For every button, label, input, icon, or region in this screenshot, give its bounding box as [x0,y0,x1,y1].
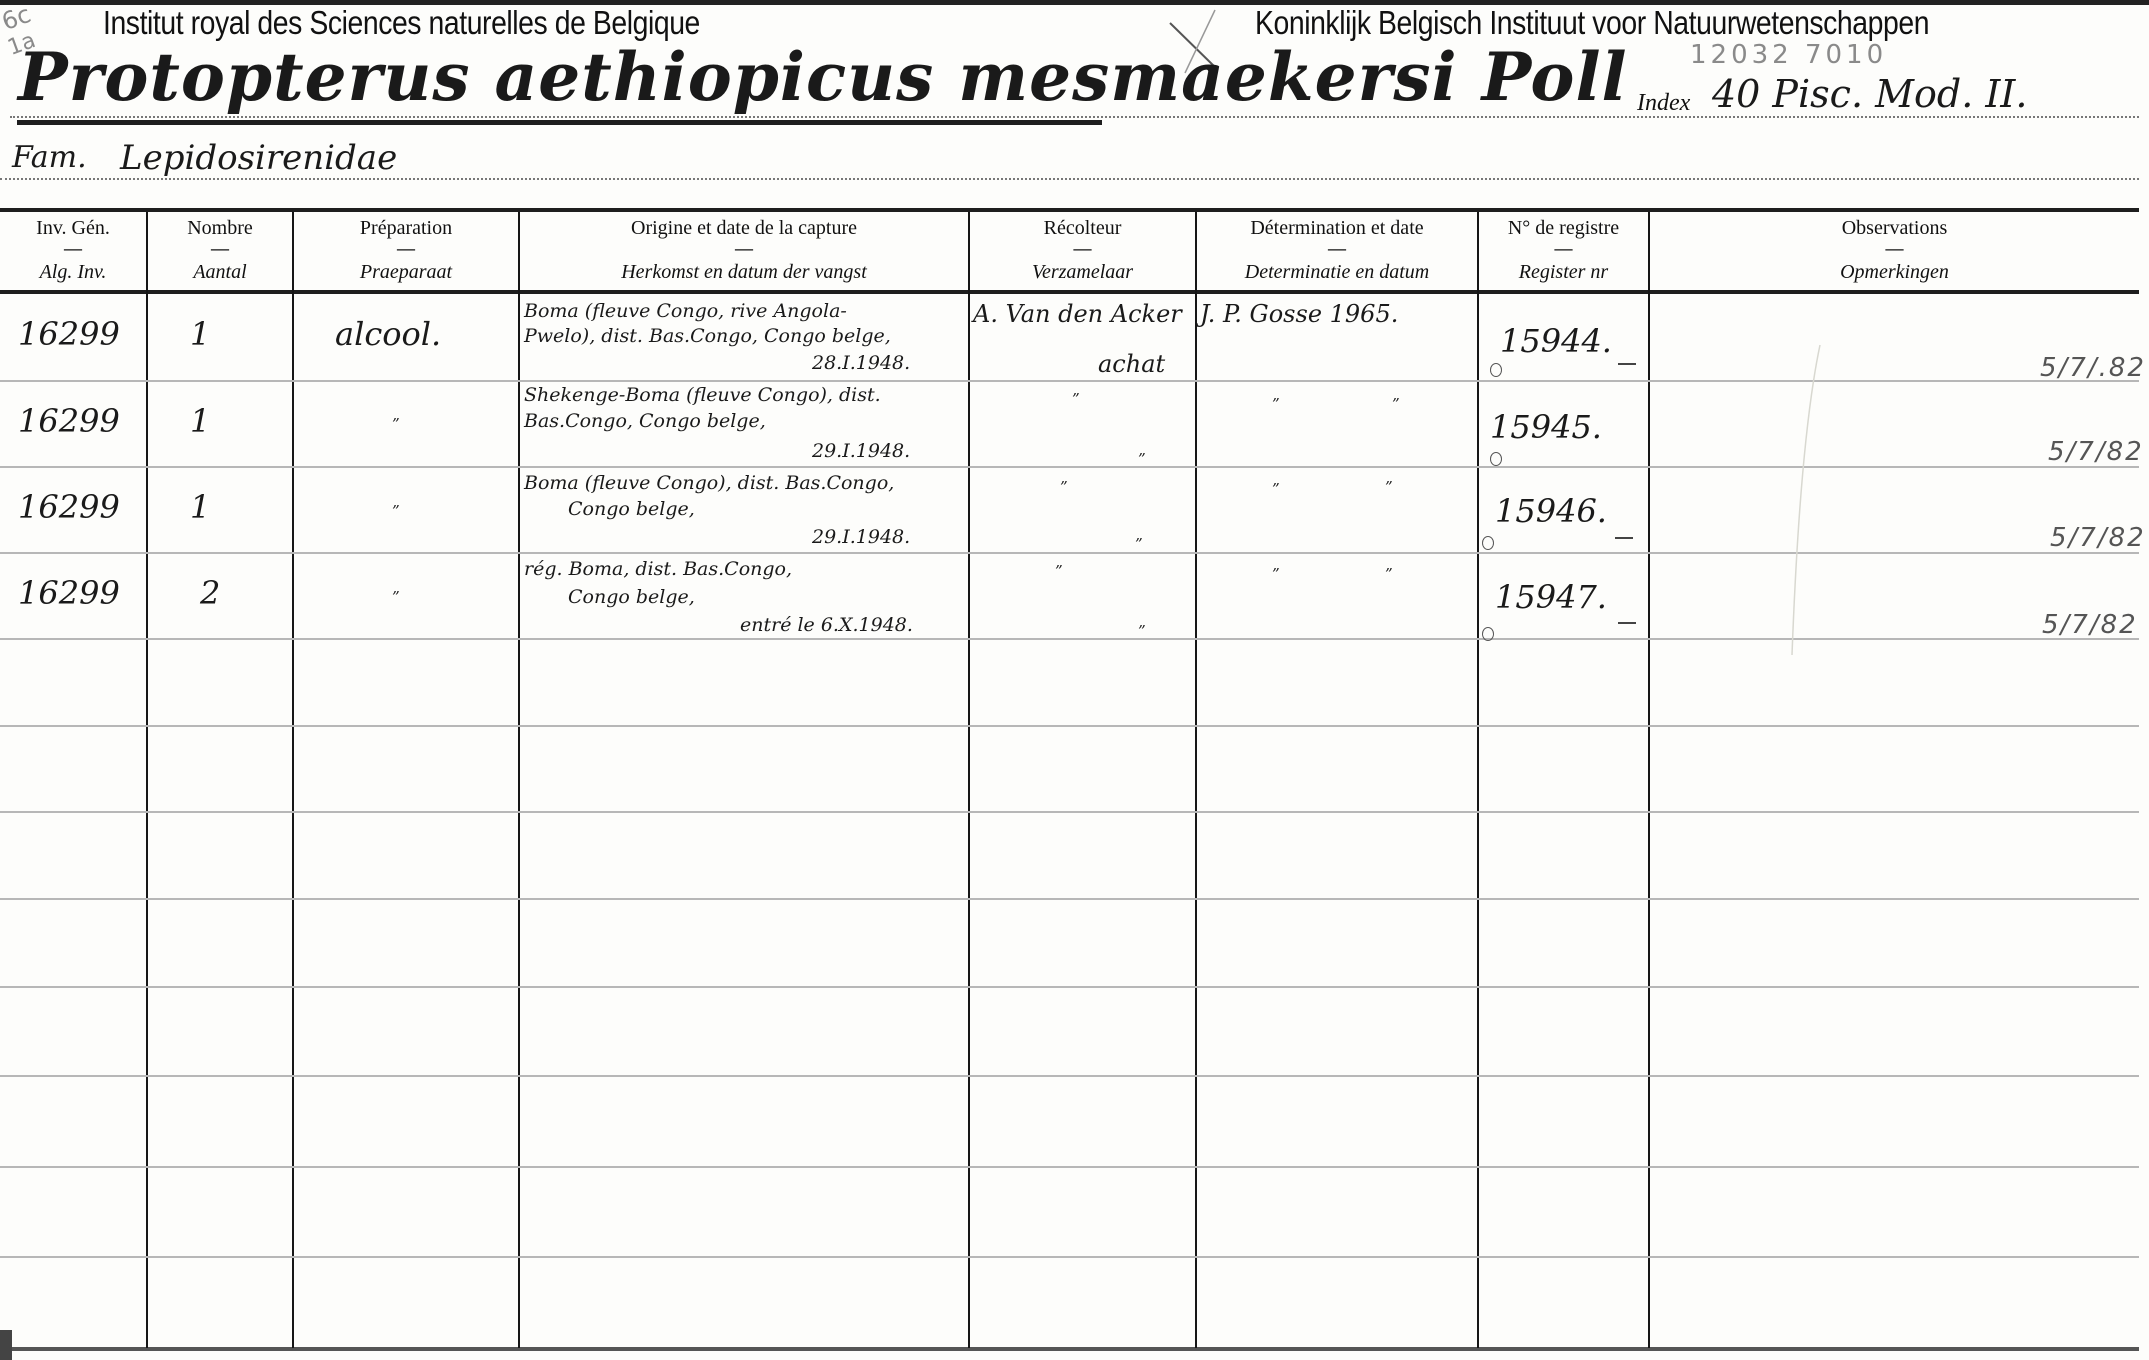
row3-registre: 15946. [1495,492,1607,530]
row3-recolteur-ditto: ” [1135,535,1143,553]
family-name: Lepidosirenidae [120,138,397,178]
header-fr: Observations [1650,218,2139,238]
header-fr: Préparation [294,218,518,238]
row1-origine-line1: Boma (fleuve Congo, rive Angola- [524,298,847,324]
header-preparation: Préparation — Praeparaat [294,212,518,290]
header-dash: — [520,240,968,256]
row-line [0,1166,2139,1168]
header-origine: Origine et date de la capture — Herkomst… [520,212,968,290]
institute-name-fr: Institut royal des Sciences naturelles d… [103,4,700,42]
row4-recolteur: ” [1055,562,1063,580]
header-dash: — [1479,240,1648,256]
row1-dash-mark [1618,363,1636,365]
family-dotted-line [0,178,2139,180]
row2-circle-mark [1490,452,1502,466]
row4-determination: ” [1272,565,1280,583]
row3-nombre: 1 [190,488,210,526]
header-determination: Détermination et date — Determinatie en … [1197,212,1477,290]
row1-nombre: 1 [190,315,210,353]
row3-circle-mark [1482,536,1494,550]
row-line [0,898,2139,900]
column-divider [1648,212,1650,1348]
row1-circle-mark [1490,363,1502,377]
row3-observations: 5/7/82 [2050,523,2146,553]
header-fr: Origine et date de la capture [520,218,968,238]
header-nl: Aantal [148,262,292,282]
row2-registre: 15945. [1490,408,1602,446]
column-divider [968,212,970,1348]
card-edge-shadow [0,1330,12,1360]
header-nombre: Nombre — Aantal [148,212,292,290]
row3-origine-line2: Congo belge, [568,496,695,522]
pencil-catalog-number: 12032 7010 [1690,40,1887,70]
row3-recolteur: ” [1060,478,1068,496]
row4-origine-line2: Congo belge, [568,584,695,610]
row1-recolteur: A. Van den Acker [973,300,1182,328]
header-fr: Inv. Gén. [0,218,146,238]
row3-dash-mark [1615,537,1633,539]
row4-circle-mark [1482,627,1494,641]
row4-nombre: 2 [200,574,220,612]
column-divider [146,212,148,1348]
row4-observations: 5/7/82 [2042,610,2138,640]
header-dash: — [970,240,1195,256]
pencil-stroke-mark [1780,340,1830,660]
row-line [0,1256,2139,1258]
column-divider [1477,212,1479,1348]
row2-origine-line2: Bas.Congo, Congo belge, [524,408,766,434]
institute-name-nl: Koninklijk Belgisch Instituut voor Natuu… [1255,4,1929,42]
header-nl: Opmerkingen [1650,262,2139,282]
row3-preparation: ” [392,502,400,520]
row4-preparation: ” [392,588,400,606]
row4-registre: 15947. [1495,578,1607,616]
row3-determination: ” [1272,480,1280,498]
row1-inv: 16299 [18,315,120,353]
header-dash: — [1650,240,2139,256]
index-label: Index [1637,90,1690,117]
column-divider [1195,212,1197,1348]
row1-preparation: alcool. [335,315,441,353]
family-label: Fam. [12,140,87,175]
header-dash: — [0,240,146,256]
row1-registre: 15944. [1500,322,1612,360]
header-registre: N° de registre — Register nr [1479,212,1648,290]
row2-nombre: 1 [190,402,210,440]
row1-recolteur-note: achat [1098,350,1165,378]
header-fr: Nombre [148,218,292,238]
row-line [0,725,2139,727]
index-value: 40 Pisc. Mod. II. [1712,72,2027,116]
header-inv-gen: Inv. Gén. — Alg. Inv. [0,212,146,290]
species-name: Protopterus aethiopicus mesmaekersi Poll [18,38,1628,116]
row4-determination-ditto: ” [1385,565,1393,583]
header-fr: Récolteur [970,218,1195,238]
row2-preparation: ” [392,415,400,433]
row4-origine-line1: rég. Boma, dist. Bas.Congo, [524,556,792,582]
table-header-rule [0,290,2139,294]
species-dotted-line [10,116,2139,118]
row-line [0,986,2139,988]
row2-observations: 5/7/82 [2048,437,2144,467]
species-underline [17,120,1102,125]
header-dash: — [294,240,518,256]
row3-inv: 16299 [18,488,120,526]
row2-determination: ” [1272,395,1280,413]
column-divider [518,212,520,1348]
row1-observations: 5/7/.82 [2040,353,2146,383]
row4-inv: 16299 [18,574,120,612]
row2-recolteur-ditto: ” [1138,450,1146,468]
row2-origine-date: 29.I.1948. [812,438,910,464]
header-nl: Alg. Inv. [0,262,146,282]
row2-inv: 16299 [18,402,120,440]
header-dash: — [1197,240,1477,256]
row2-origine-line1: Shekenge-Boma (fleuve Congo), dist. [524,382,881,408]
header-observations: Observations — Opmerkingen [1650,212,2139,290]
header-nl: Herkomst en datum der vangst [520,262,968,282]
header-nl: Register nr [1479,262,1648,282]
header-nl: Praeparaat [294,262,518,282]
row2-recolteur: ” [1072,390,1080,408]
row1-origine-line2: Pwelo), dist. Bas.Congo, Congo belge, [524,323,891,349]
row4-dash-mark [1618,622,1636,624]
header-recolteur: Récolteur — Verzamelaar [970,212,1195,290]
row4-origine-date: entré le 6.X.1948. [740,612,913,638]
table-bottom-rule [0,1347,2139,1351]
header-dash: — [148,240,292,256]
header-nl: Verzamelaar [970,262,1195,282]
row4-recolteur-ditto: ” [1138,622,1146,640]
row3-determination-ditto: ” [1385,478,1393,496]
row3-origine-line1: Boma (fleuve Congo), dist. Bas.Congo, [524,470,894,496]
row-line [0,1075,2139,1077]
row2-determination-ditto: ” [1392,395,1400,413]
row3-origine-date: 29.I.1948. [812,524,910,550]
row1-origine-date: 28.I.1948. [812,350,910,376]
row1-determination: J. P. Gosse 1965. [1200,300,1398,328]
header-fr: Détermination et date [1197,218,1477,238]
column-divider [292,212,294,1348]
header-nl: Determinatie en datum [1197,262,1477,282]
row-line [0,811,2139,813]
header-fr: N° de registre [1479,218,1648,238]
